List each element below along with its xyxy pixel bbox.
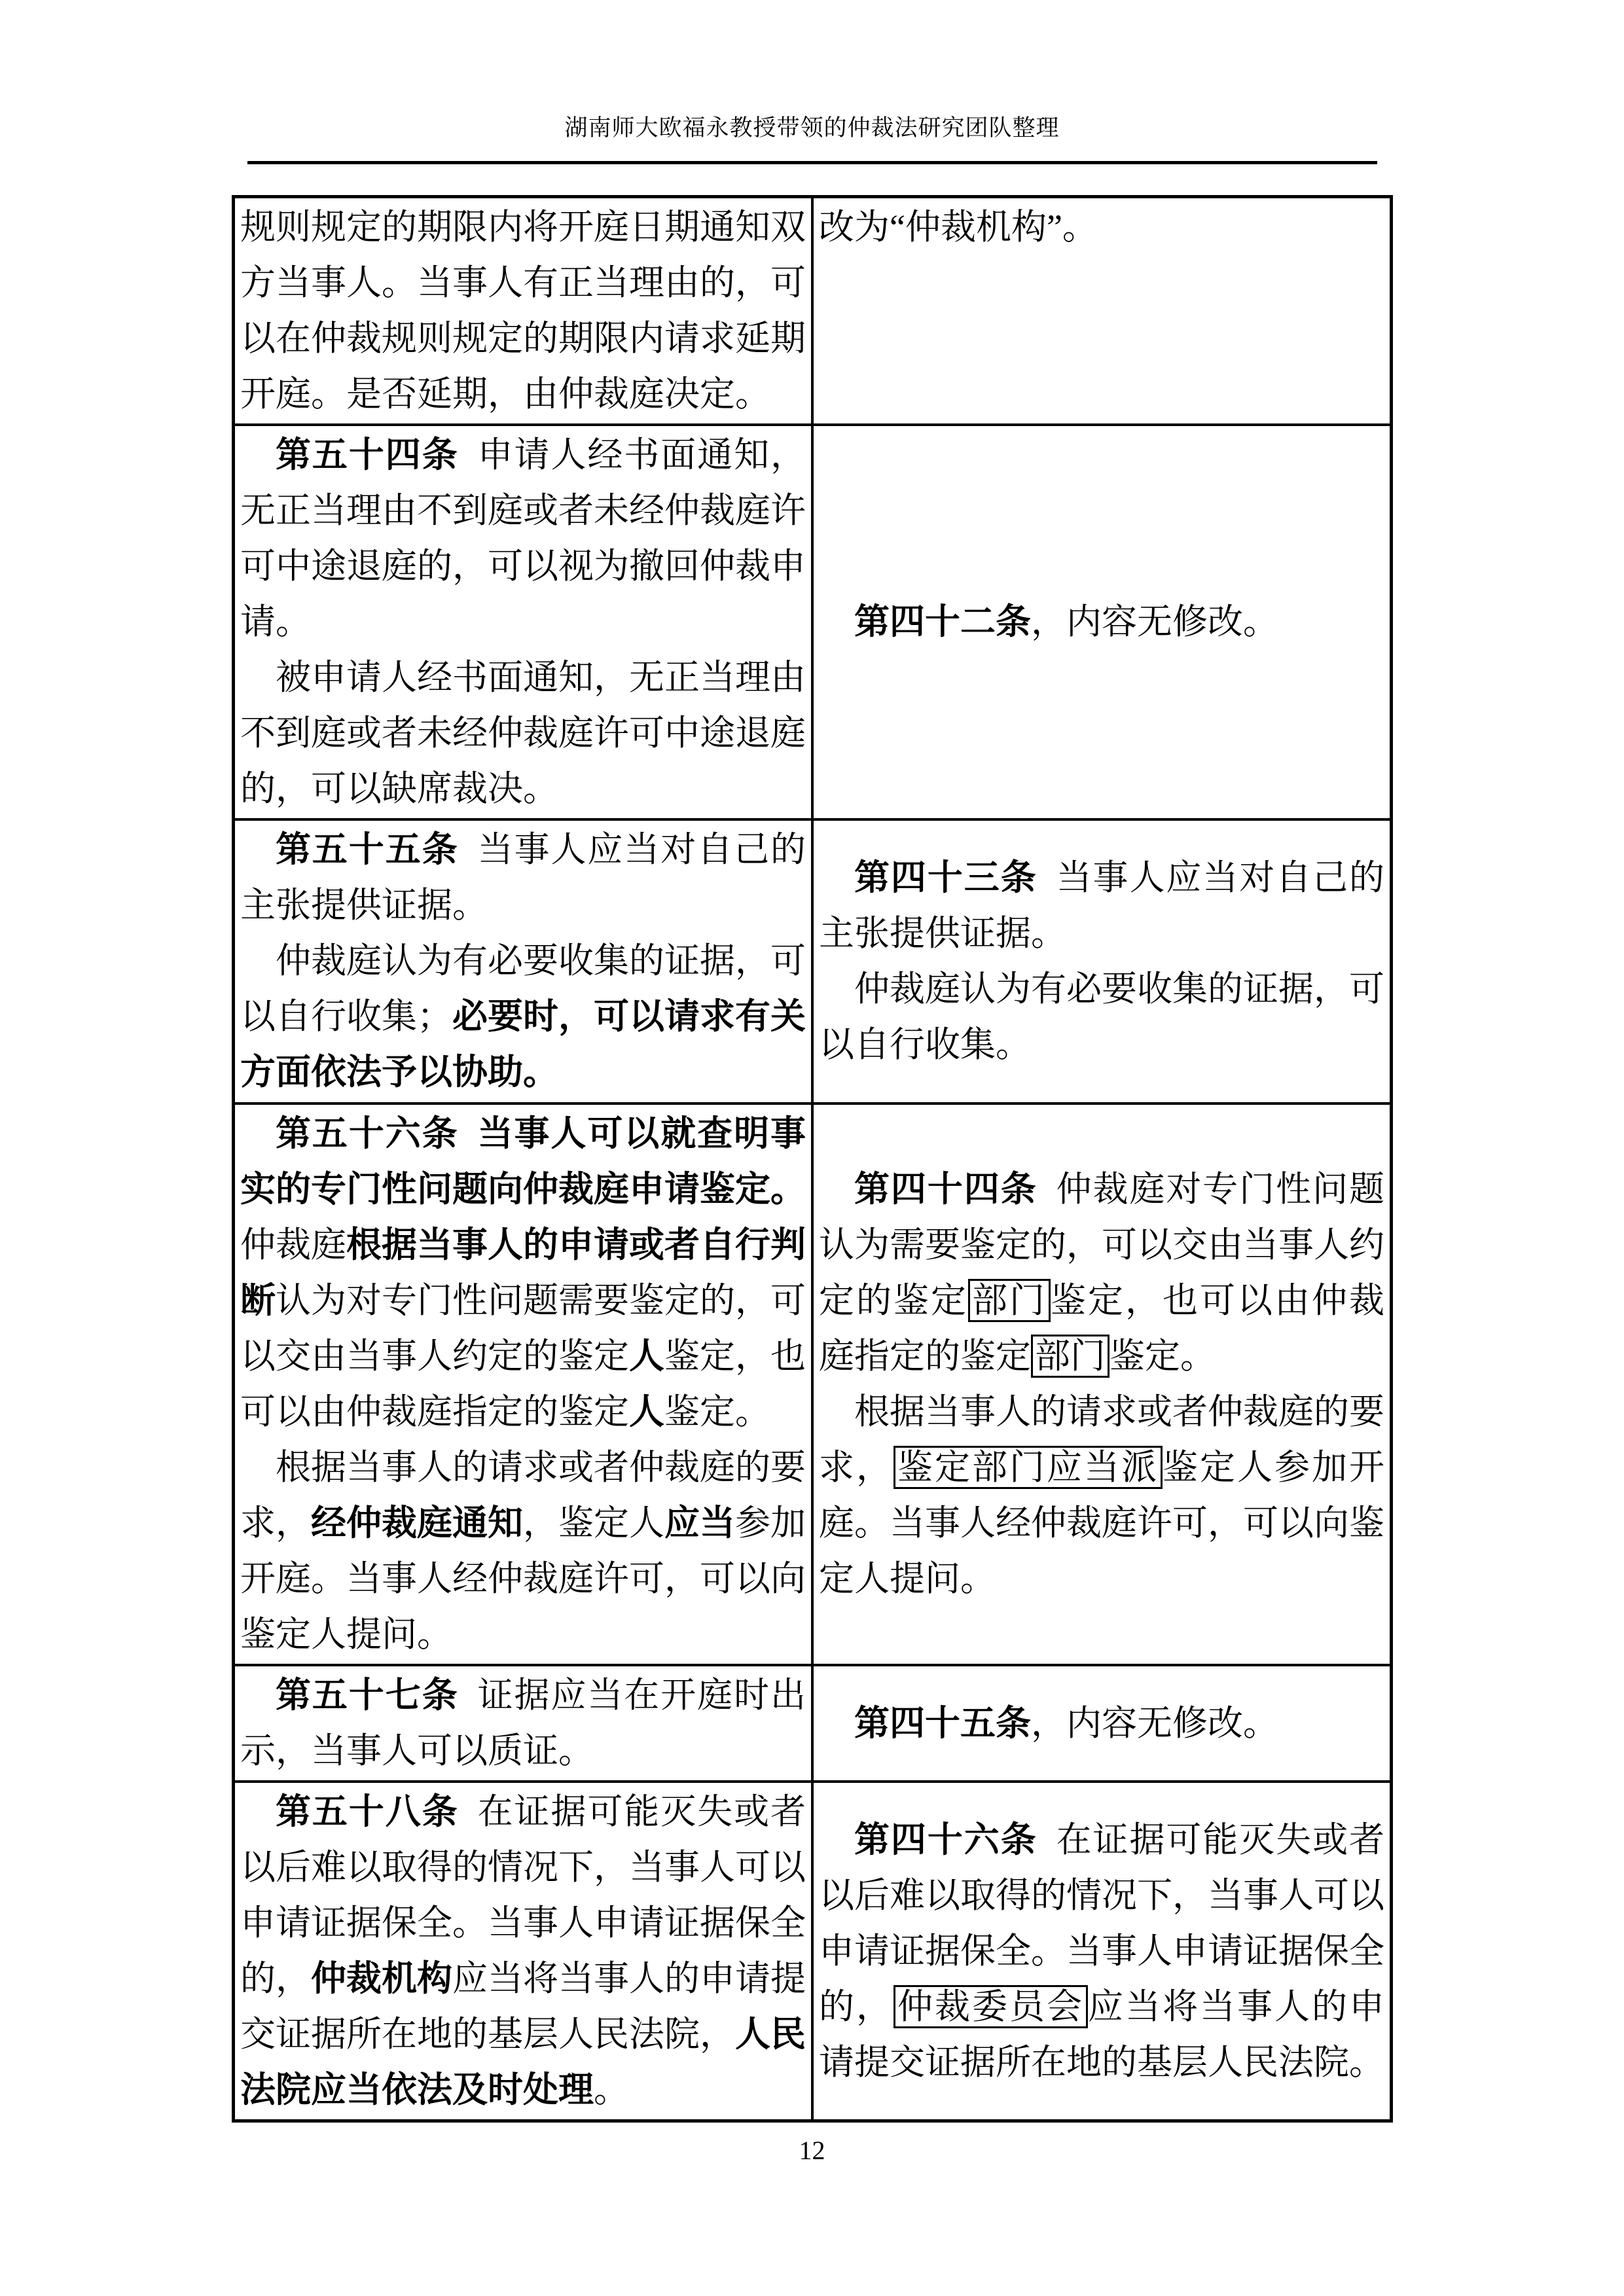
text-run: 仲裁庭认为有必要收集的证据，可以自行收集。 — [819, 969, 1384, 1064]
bold-text-run: 人 — [629, 1392, 664, 1431]
table-cell-right-5: 第四十五条，内容无修改。 — [812, 1665, 1392, 1782]
bold-text-run: 第五十七条 — [276, 1676, 459, 1715]
bold-text-run: 第五十六条 当事人可以就查明事实的专门性问题向仲裁庭申请鉴定。 — [240, 1114, 806, 1209]
bold-text-run: 第五十八条 — [276, 1792, 459, 1831]
paragraph: 第五十五条 当事人应当对自己的主张提供证据。 — [240, 822, 806, 933]
boxed-text: 仲裁委员会 — [893, 1985, 1088, 2028]
table-cell-left-2: 第五十四条 申请人经书面通知，无正当理由不到庭或者未经仲裁庭许可中途退庭的，可以… — [234, 425, 813, 819]
text-run: ，鉴定人 — [523, 1503, 664, 1543]
text-run: 鉴定。 — [664, 1392, 770, 1431]
table-cell-right-6: 第四十六条 在证据可能灭失或者以后难以取得的情况下，当事人可以申请证据保全。当事… — [812, 1782, 1392, 2121]
paragraph: 第五十七条 证据应当在开庭时出示，当事人可以质证。 — [240, 1668, 806, 1779]
bold-text-run: 第四十六条 — [854, 1820, 1038, 1859]
text-run: 被申请人经书面通知，无正当理由不到庭或者未经仲裁庭许可中途退庭的，可以缺席裁决。 — [240, 658, 806, 808]
text-run: 改为“仲裁机构”。 — [819, 207, 1098, 247]
table-row-3: 第五十五条 当事人应当对自己的主张提供证据。仲裁庭认为有必要收集的证据，可以自行… — [234, 819, 1392, 1103]
bold-text-run: 经仲裁庭通知 — [311, 1503, 523, 1543]
comparison-table-body: 规则规定的期限内将开庭日期通知双方当事人。当事人有正当理由的，可以在仲裁规则规定… — [234, 197, 1392, 2121]
paragraph: 仲裁庭认为有必要收集的证据，可以自行收集；必要时，可以请求有关方面依法予以协助。 — [240, 933, 806, 1100]
text-run: ，内容无修改。 — [1031, 1704, 1278, 1743]
paragraph: 被申请人经书面通知，无正当理由不到庭或者未经仲裁庭许可中途退庭的，可以缺席裁决。 — [240, 650, 806, 817]
table-cell-right-1: 改为“仲裁机构”。 — [812, 197, 1392, 425]
text-run: 仲裁庭 — [240, 1225, 346, 1265]
paragraph: 规则规定的期限内将开庭日期通知双方当事人。当事人有正当理由的，可以在仲裁规则规定… — [240, 200, 806, 422]
boxed-text: 部门 — [1031, 1335, 1110, 1378]
paragraph: 第五十四条 申请人经书面通知，无正当理由不到庭或者未经仲裁庭许可中途退庭的，可以… — [240, 427, 806, 650]
paragraph: 仲裁庭认为有必要收集的证据，可以自行收集。 — [819, 961, 1384, 1073]
table-row-4: 第五十六条 当事人可以就查明事实的专门性问题向仲裁庭申请鉴定。仲裁庭根据当事人的… — [234, 1103, 1392, 1665]
table-cell-right-3: 第四十三条 当事人应当对自己的主张提供证据。仲裁庭认为有必要收集的证据，可以自行… — [812, 819, 1392, 1103]
text-run: 规则规定的期限内将开庭日期通知双方当事人。当事人有正当理由的，可以在仲裁规则规定… — [240, 207, 806, 414]
table-cell-right-4: 第四十四条 仲裁庭对专门性问题认为需要鉴定的，可以交由当事人约定的鉴定部门鉴定，… — [812, 1103, 1392, 1665]
page-number: 12 — [0, 2135, 1624, 2166]
paragraph: 第四十三条 当事人应当对自己的主张提供证据。 — [819, 850, 1384, 961]
boxed-text: 部门 — [968, 1279, 1051, 1322]
paragraph: 第五十八条 在证据可能灭失或者以后难以取得的情况下，当事人可以申请证据保全。当事… — [240, 1784, 806, 2118]
bold-text-run: 第四十五条 — [854, 1704, 1031, 1743]
bold-text-run: 第五十五条 — [276, 830, 459, 869]
paragraph: 第四十五条，内容无修改。 — [819, 1696, 1384, 1751]
bold-text-run: 仲裁机构 — [311, 1959, 452, 1998]
table-cell-left-3: 第五十五条 当事人应当对自己的主张提供证据。仲裁庭认为有必要收集的证据，可以自行… — [234, 819, 813, 1103]
table-row-2: 第五十四条 申请人经书面通知，无正当理由不到庭或者未经仲裁庭许可中途退庭的，可以… — [234, 425, 1392, 819]
bold-text-run: 应当 — [664, 1503, 735, 1543]
bold-text-run: 第五十四条 — [276, 435, 459, 475]
bold-text-run: 人 — [629, 1336, 664, 1376]
paragraph: 第四十二条，内容无修改。 — [819, 594, 1384, 650]
comparison-table: 规则规定的期限内将开庭日期通知双方当事人。当事人有正当理由的，可以在仲裁规则规定… — [232, 195, 1393, 2123]
paragraph: 根据当事人的请求或者仲裁庭的要求，经仲裁庭通知，鉴定人应当参加开庭。当事人经仲裁… — [240, 1440, 806, 1662]
bold-text-run: 第四十二条 — [854, 602, 1031, 641]
paragraph: 第四十四条 仲裁庭对专门性问题认为需要鉴定的，可以交由当事人约定的鉴定部门鉴定，… — [819, 1162, 1384, 1384]
table-cell-left-5: 第五十七条 证据应当在开庭时出示，当事人可以质证。 — [234, 1665, 813, 1782]
document-page: 湖南师大欧福永教授带领的仲裁法研究团队整理 规则规定的期限内将开庭日期通知双方当… — [0, 0, 1624, 2296]
bold-text-run: 第四十三条 — [854, 858, 1038, 897]
paragraph: 根据当事人的请求或者仲裁庭的要求，鉴定部门应当派鉴定人参加开庭。当事人经仲裁庭许… — [819, 1384, 1384, 1607]
bold-text-run: 第四十四条 — [854, 1170, 1038, 1209]
paragraph: 改为“仲裁机构”。 — [819, 200, 1384, 255]
text-run: ，内容无修改。 — [1031, 602, 1278, 641]
text-run: 。 — [594, 2070, 629, 2109]
paragraph: 第五十六条 当事人可以就查明事实的专门性问题向仲裁庭申请鉴定。仲裁庭根据当事人的… — [240, 1106, 806, 1440]
table-row-1: 规则规定的期限内将开庭日期通知双方当事人。当事人有正当理由的，可以在仲裁规则规定… — [234, 197, 1392, 425]
boxed-text: 鉴定部门应当派 — [893, 1446, 1163, 1489]
table-row-5: 第五十七条 证据应当在开庭时出示，当事人可以质证。第四十五条，内容无修改。 — [234, 1665, 1392, 1782]
table-cell-left-6: 第五十八条 在证据可能灭失或者以后难以取得的情况下，当事人可以申请证据保全。当事… — [234, 1782, 813, 2121]
text-run: 鉴定。 — [1110, 1336, 1216, 1376]
paragraph: 第四十六条 在证据可能灭失或者以后难以取得的情况下，当事人可以申请证据保全。当事… — [819, 1812, 1384, 2090]
table-cell-left-4: 第五十六条 当事人可以就查明事实的专门性问题向仲裁庭申请鉴定。仲裁庭根据当事人的… — [234, 1103, 813, 1665]
page-header-title: 湖南师大欧福永教授带领的仲裁法研究团队整理 — [0, 110, 1624, 143]
header-divider-rule — [247, 161, 1377, 164]
table-row-6: 第五十八条 在证据可能灭失或者以后难以取得的情况下，当事人可以申请证据保全。当事… — [234, 1782, 1392, 2121]
table-cell-right-2: 第四十二条，内容无修改。 — [812, 425, 1392, 819]
table-cell-left-1: 规则规定的期限内将开庭日期通知双方当事人。当事人有正当理由的，可以在仲裁规则规定… — [234, 197, 813, 425]
